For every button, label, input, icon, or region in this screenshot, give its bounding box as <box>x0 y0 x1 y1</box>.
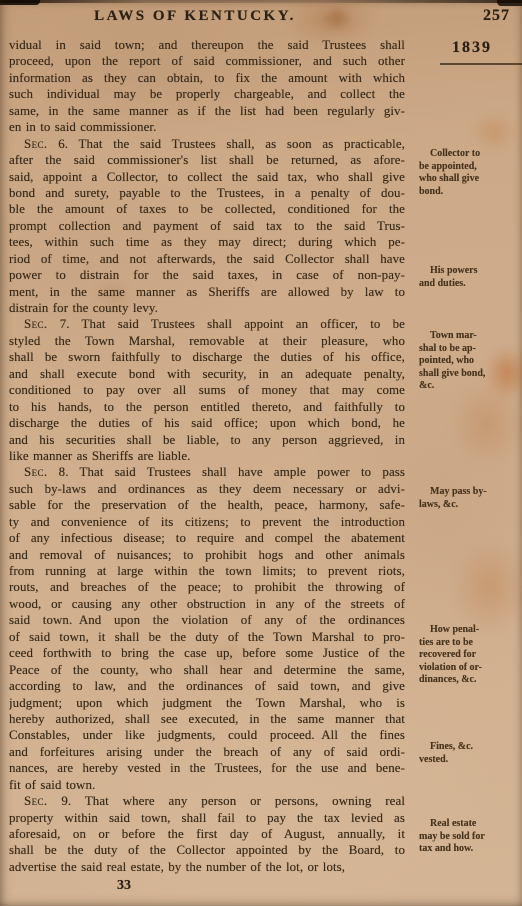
text-line: power to distrain for the said taxes, in… <box>9 267 405 283</box>
text-line: nances, are hereby vested in the Trustee… <box>9 760 405 776</box>
margin-notes: Collector to be appointed, who shall giv… <box>419 0 518 906</box>
scan-corner-left <box>0 0 40 5</box>
text-line: Peace of the county, who shall hear and … <box>9 662 405 678</box>
text-line: from running at large within the town li… <box>9 563 405 579</box>
paragraph: Sec. 8. That said Trustees shall have am… <box>9 464 405 793</box>
text-line: en in to said commissioner. <box>9 119 405 135</box>
text-line: ble the amount of taxes to be collected,… <box>9 201 405 217</box>
section-label: Sec. <box>24 794 48 808</box>
text-line: sable for the preservation of the health… <box>9 497 405 513</box>
text-line: such by-laws and ordinances as they deem… <box>9 481 405 497</box>
text-line: and forfeitures arising under the breach… <box>9 744 405 760</box>
text-line: advertise the said real estate, by the n… <box>9 859 405 875</box>
margin-note: Town mar- shal to be ap- pointed, who sh… <box>419 330 518 393</box>
text-line: fit of said town. <box>9 777 405 793</box>
section-label: Sec. <box>24 465 48 479</box>
text-line: according to law, and the ordinances of … <box>9 678 405 694</box>
text-line: said, appoint a Collector, to collect th… <box>9 169 405 185</box>
text-line: proceed, upon the report of said commiss… <box>9 53 405 69</box>
text-line: and his securities shall be liable, to a… <box>9 432 405 448</box>
text-line: like manner as Sheriffs are liable. <box>9 448 405 464</box>
text-line: after the said commissioner's list shall… <box>9 152 405 168</box>
text-line: discharge the duties of his said office;… <box>9 415 405 431</box>
running-header: LAWS OF KENTUCKY. <box>0 8 390 25</box>
text-line: said town. And upon the violation of any… <box>9 612 405 628</box>
text-line: Sec. 9. That where any person or persons… <box>9 793 405 809</box>
text-line: shall be sworn faithfully to discharge t… <box>9 349 405 365</box>
text-line: ceed forthwith to bring the case up, bef… <box>9 645 405 661</box>
margin-note: How penal- ties are to be recovered for … <box>419 624 518 687</box>
text-line: property within said town, shall fail to… <box>9 810 405 826</box>
book-page: LAWS OF KENTUCKY. 257 1839 vidual in sai… <box>0 0 522 906</box>
margin-note: May pass by- laws, &c. <box>419 486 518 511</box>
text-line: and shall execute bond with security, in… <box>9 366 405 382</box>
paragraph: Sec. 6. That the said Trustees shall, as… <box>9 136 405 317</box>
text-line: prompt collection and payment of said ta… <box>9 218 405 234</box>
margin-note: Collector to be appointed, who shall giv… <box>419 148 518 198</box>
text-line: information as they can obtain, to fix t… <box>9 70 405 86</box>
main-text: vidual in said town; and thereupon the s… <box>9 37 405 875</box>
text-line: Sec. 8. That said Trustees shall have am… <box>9 464 405 480</box>
margin-note: His powers and duties. <box>419 265 518 290</box>
text-line: aforesaid, on or before the first day of… <box>9 826 405 842</box>
section-label: Sec. <box>24 317 48 331</box>
margin-note: Real estate may be sold for tax and how. <box>419 818 518 856</box>
text-line: riod of time, and not afterwards, the sa… <box>9 251 405 267</box>
text-line: to his hands, to the person entitled the… <box>9 399 405 415</box>
text-line: of said town, it shall be the duty of th… <box>9 629 405 645</box>
text-line: wood, or causing any other obstruction i… <box>9 596 405 612</box>
section-label: Sec. <box>24 137 48 151</box>
text-line: vidual in said town; and thereupon the s… <box>9 37 405 53</box>
paragraph: Sec. 7. That said Trustees shall appoint… <box>9 316 405 464</box>
text-line: bond and surety, payable to the Trustees… <box>9 185 405 201</box>
paragraph: vidual in said town; and thereupon the s… <box>9 37 405 136</box>
text-line: conditioned to pay over all sums of mone… <box>9 382 405 398</box>
text-line: Sec. 7. That said Trustees shall appoint… <box>9 316 405 332</box>
text-line: Constables, under like judgments, could … <box>9 727 405 743</box>
text-line: routs, and breaches of the peace; to pro… <box>9 579 405 595</box>
text-line: judgment; upon which judgment the Town M… <box>9 695 405 711</box>
text-line: such individual may be properly chargeab… <box>9 86 405 102</box>
text-line: distrain for the county levy. <box>9 300 405 316</box>
text-line: ty and convenience of its citizens; to p… <box>9 514 405 530</box>
text-line: of any infectious disease; to require an… <box>9 530 405 546</box>
text-line: Sec. 6. That the said Trustees shall, as… <box>9 136 405 152</box>
text-line: shall be the duty of the Collector appoi… <box>9 842 405 858</box>
text-line: ment, in the same manner as Sheriffs are… <box>9 284 405 300</box>
signature-mark: 33 <box>117 878 131 894</box>
margin-note: Fines, &c. vested. <box>419 741 518 766</box>
text-line: styled the Town Marshal, removable at th… <box>9 333 405 349</box>
text-line: same, in the same manner as if the list … <box>9 103 405 119</box>
text-line: hereby authorized, shall see executed, i… <box>9 711 405 727</box>
text-line: tees, within such time as they may direc… <box>9 234 405 250</box>
paragraph: Sec. 9. That where any person or persons… <box>9 793 405 875</box>
text-line: and removal of nuisances; to prohibit ho… <box>9 547 405 563</box>
